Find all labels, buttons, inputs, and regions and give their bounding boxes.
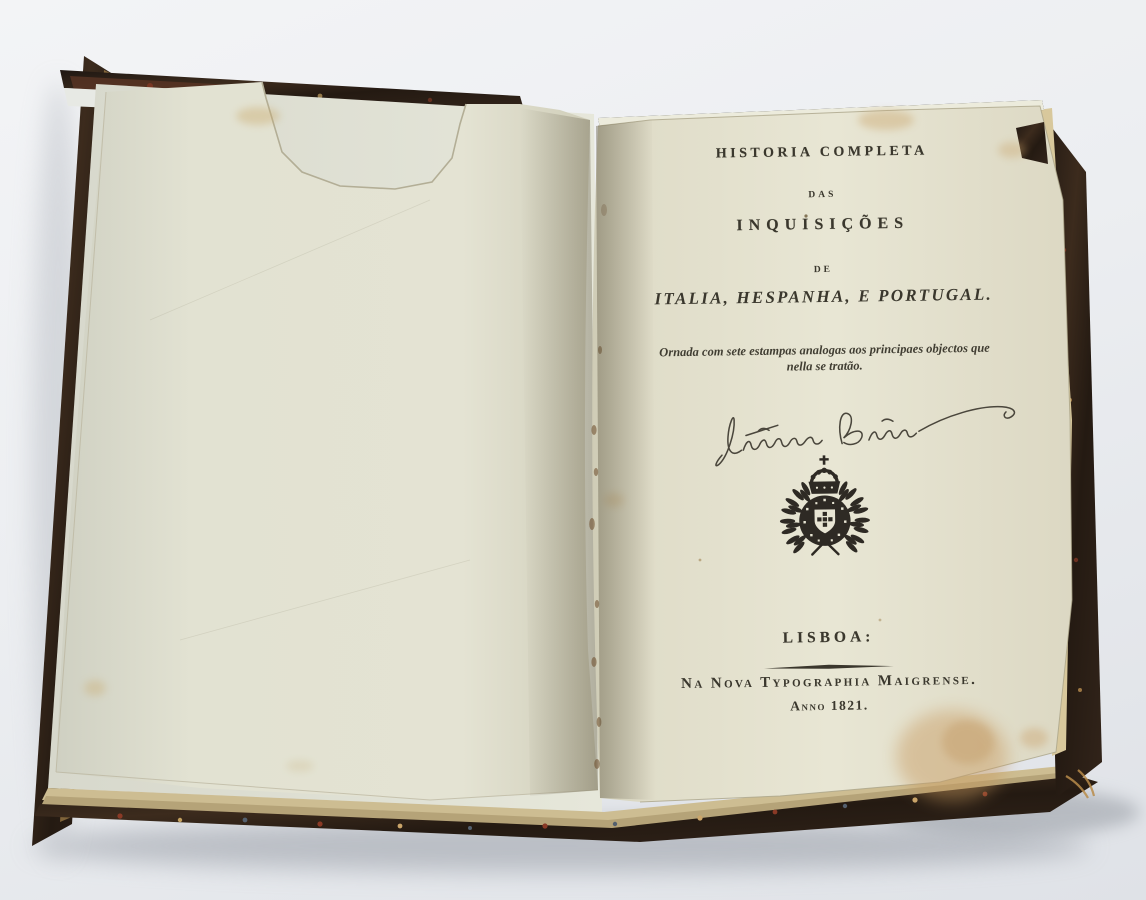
photograph-of-antique-book: HISTORIA COMPLETA DAS INQUISIÇÕES DE ITA…	[0, 0, 1146, 900]
imprint-year: Anno 1821.	[599, 695, 1059, 717]
title-page: HISTORIA COMPLETA DAS INQUISIÇÕES DE ITA…	[591, 93, 1061, 819]
title-line-countries: ITALIA, HESPANHA, E PORTUGAL.	[594, 284, 1054, 310]
left-page	[56, 82, 598, 800]
coat-of-arms-emblem	[768, 451, 882, 568]
title-line-historia-completa: HISTORIA COMPLETA	[592, 142, 1052, 164]
subtitle-text: Ornada com sete estampas analogas aos pr…	[594, 339, 1054, 377]
title-line-das: DAS	[592, 187, 1052, 203]
imprint-city: LISBOA:	[598, 626, 1058, 650]
gutter-shadow-left	[520, 108, 598, 796]
title-line-de: DE	[593, 262, 1053, 278]
title-line-inquisicoes: INQUISIÇÕES	[593, 213, 1053, 237]
